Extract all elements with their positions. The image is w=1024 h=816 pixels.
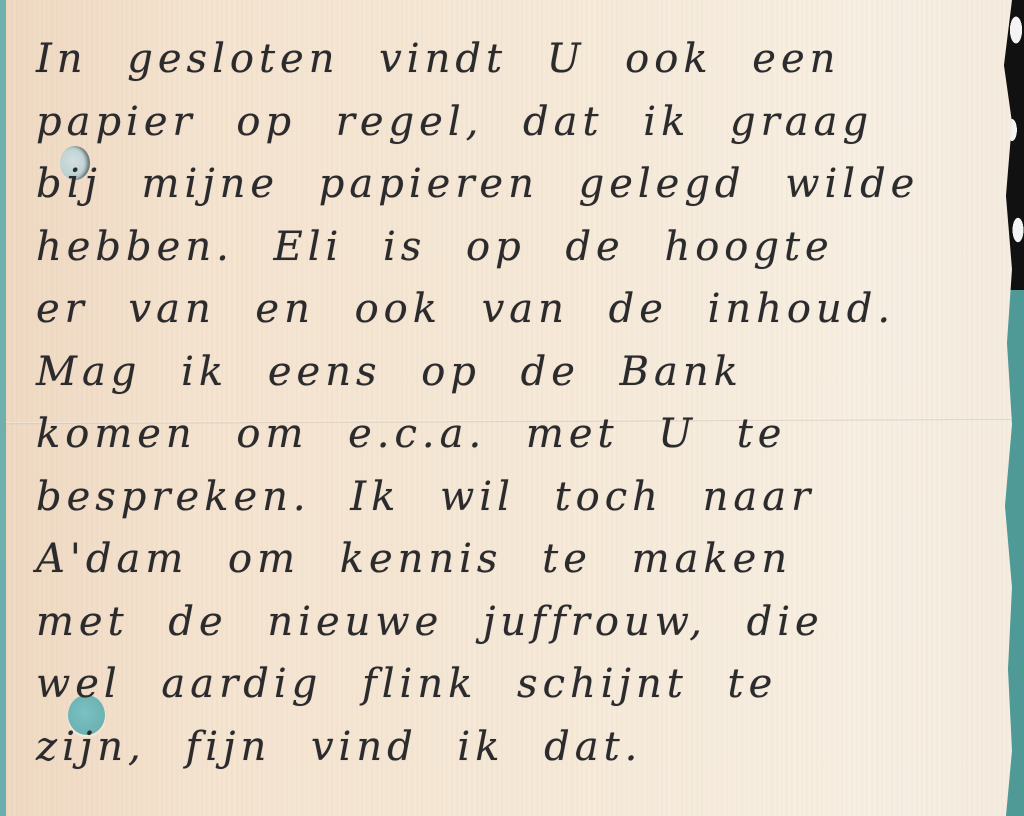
text-line: zijn, fijn vind ik dat. [36,716,996,779]
text-line: met de nieuwe juffrouw, die [36,591,996,654]
text-line: komen om e.c.a. met U te [36,403,996,466]
text-line: bij mijne papieren gelegd wilde [36,153,996,216]
scanned-letter: In gesloten vindt U ook een papier op re… [0,0,1024,816]
text-line: hebben. Eli is op de hoogte [36,216,996,279]
text-line: A'dam om kennis te maken [36,528,996,591]
text-line: wel aardig flink schijnt te [36,653,996,716]
background-teal-strip-left [0,560,6,816]
text-line: Mag ik eens op de Bank [36,341,996,404]
text-line: papier op regel, dat ik graag [36,91,996,154]
text-line: er van en ook van de inhoud. [36,278,996,341]
text-line: In gesloten vindt U ook een [36,28,996,91]
text-line: bespreken. Ik wil toch naar [36,466,996,529]
handwritten-text: In gesloten vindt U ook een papier op re… [36,28,996,778]
